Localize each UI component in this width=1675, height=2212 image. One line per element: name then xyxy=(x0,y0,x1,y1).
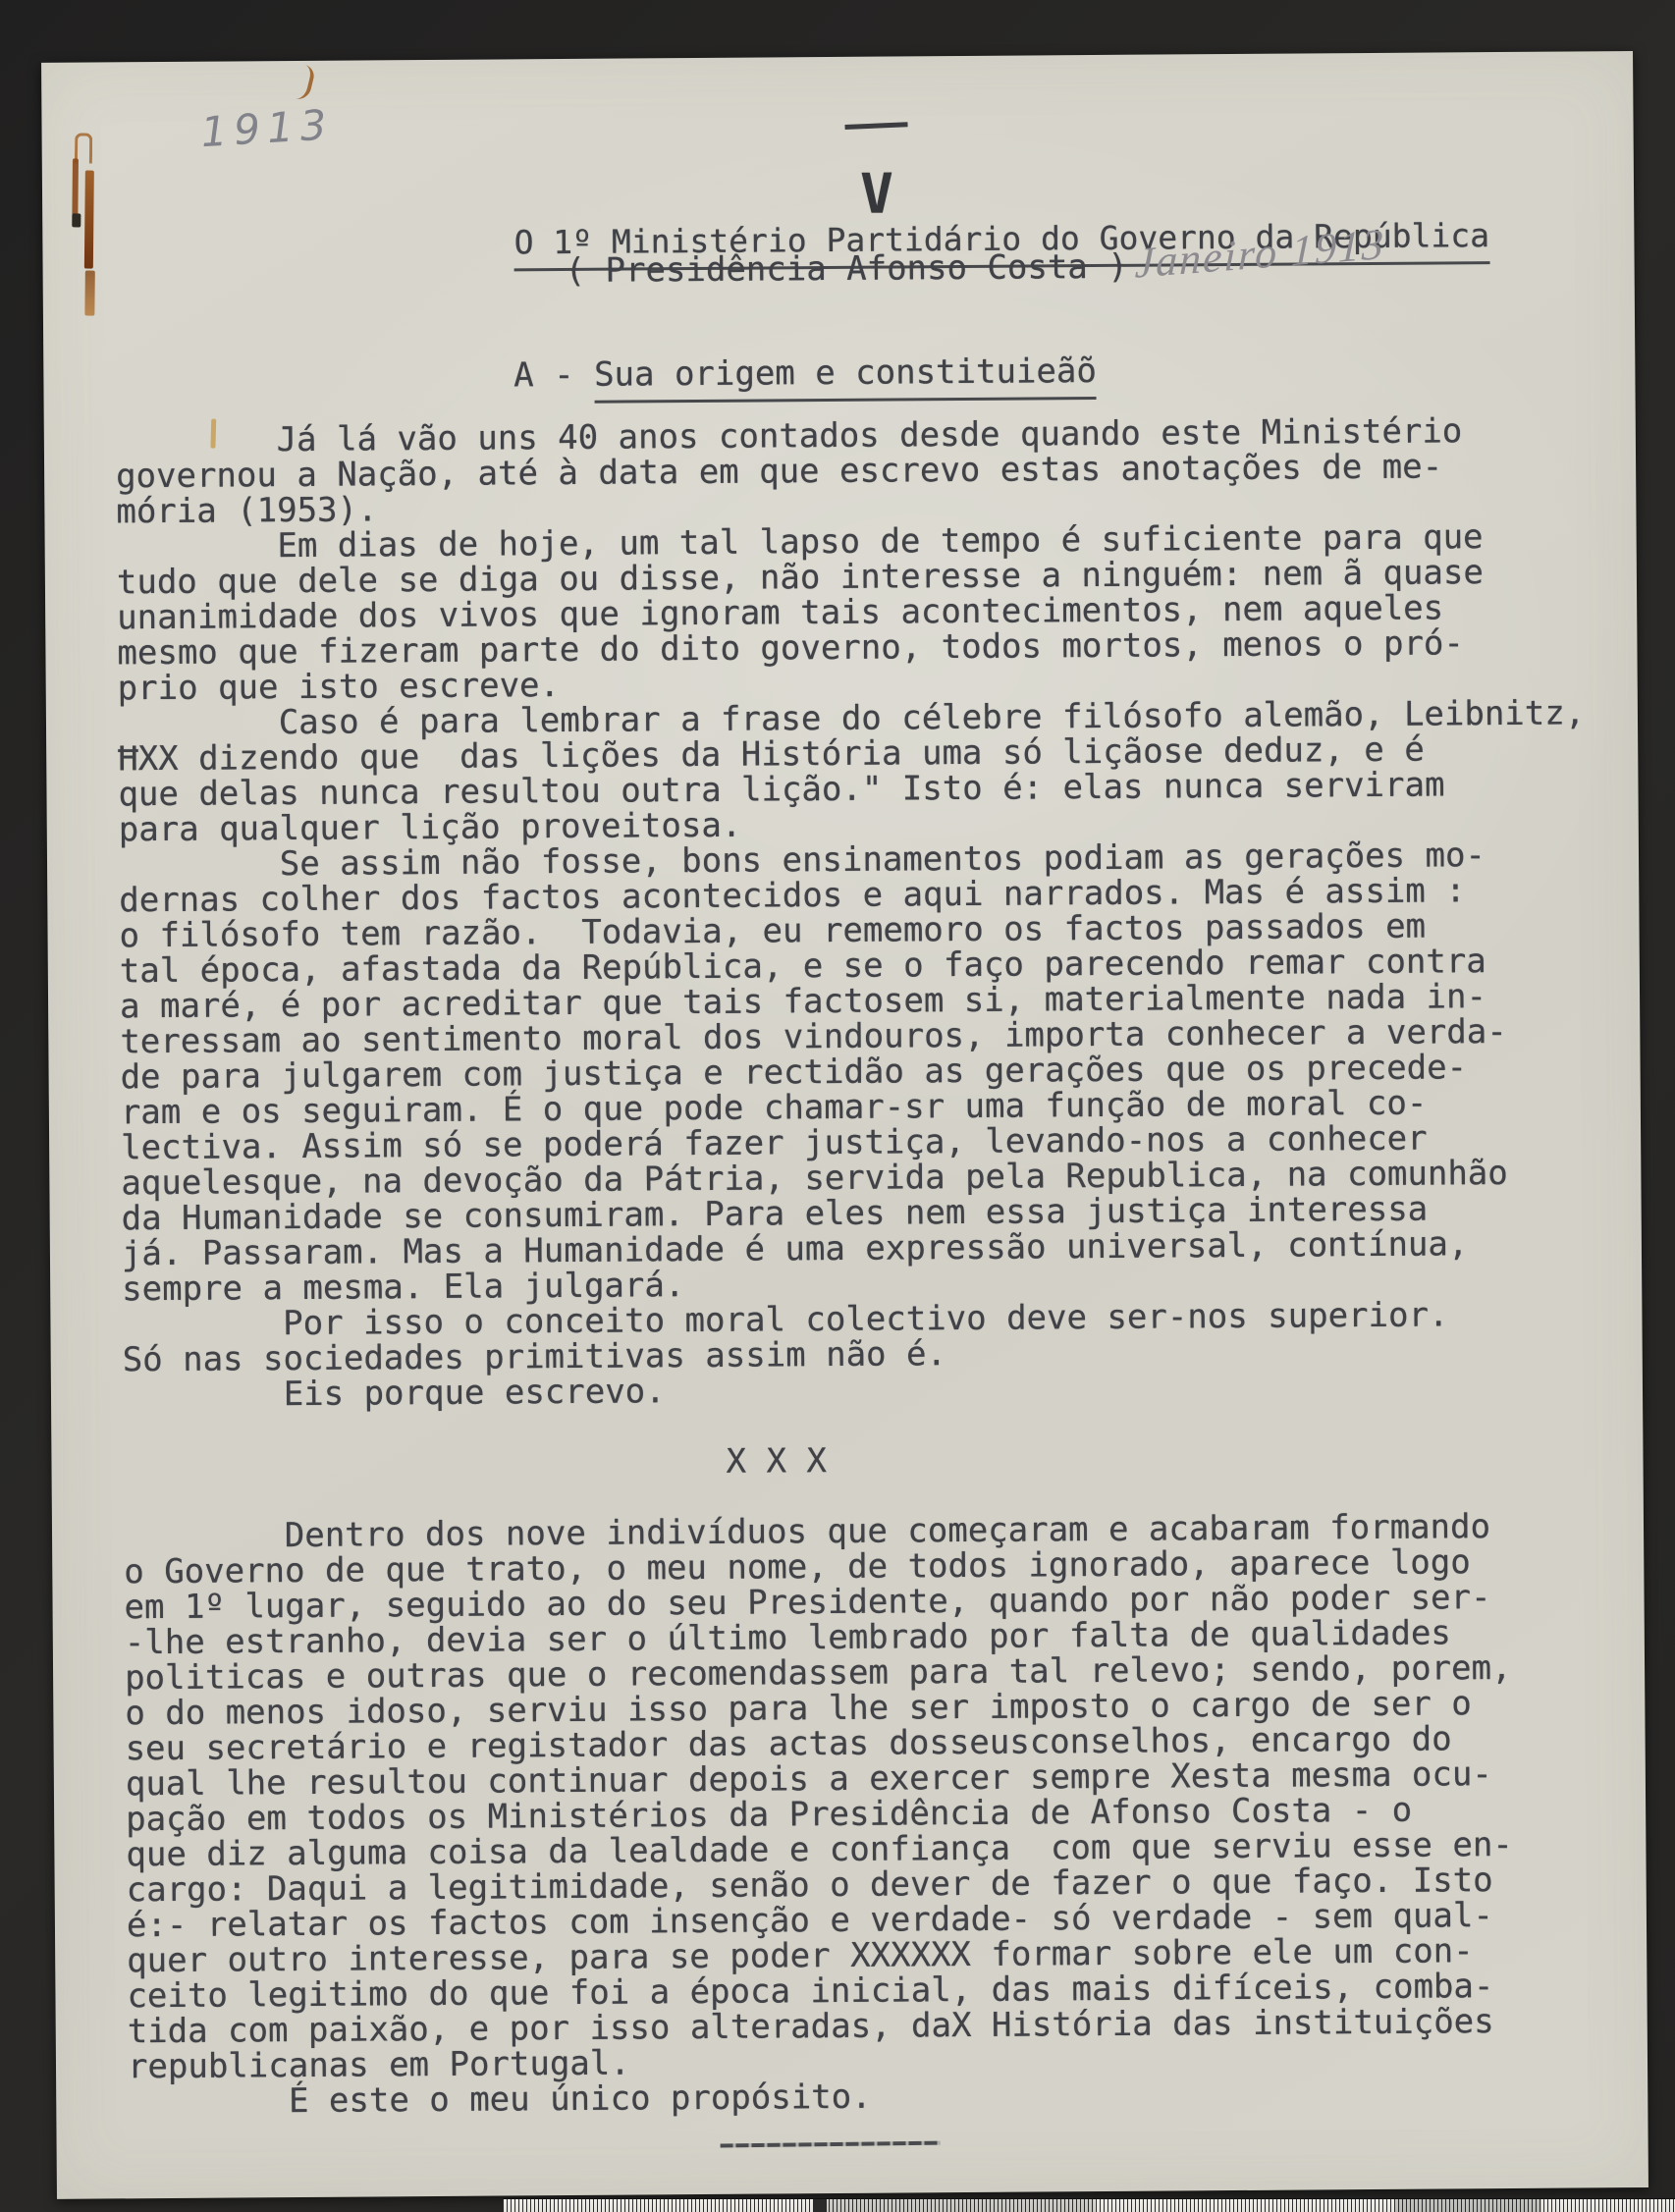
section-heading-text: Sua origem e constituieãõ xyxy=(594,351,1097,404)
pencil-year-annotation: 1913 xyxy=(199,100,335,156)
rust-streak xyxy=(84,271,94,316)
ruler-gray-segment xyxy=(1394,2199,1541,2212)
typed-line: É este o meu único propósito. xyxy=(128,2074,1600,2120)
calibration-ruler xyxy=(503,2198,1675,2212)
ruler-gray-segment xyxy=(815,2199,1095,2212)
section-heading-prefix: A - xyxy=(513,355,594,396)
rust-streak xyxy=(84,171,94,269)
typed-body: Já lá vão uns 40 anos contados desde qua… xyxy=(116,412,1601,2120)
paper-scratch-mark xyxy=(289,63,316,102)
scanner-background: 1913 V O 1º Ministério Partidário do Gov… xyxy=(0,0,1675,2212)
document-page: 1913 V O 1º Ministério Partidário do Gov… xyxy=(41,51,1648,2199)
rust-dark-spot xyxy=(72,213,81,227)
ruler-dark-block xyxy=(813,2199,827,2212)
rust-pin-stain xyxy=(71,133,102,319)
document-subtitle: ( Presidência Afonso Costa ) xyxy=(565,247,1127,291)
numeral-overline xyxy=(844,122,907,130)
rust-streak xyxy=(72,158,79,215)
end-divider xyxy=(721,2141,941,2148)
